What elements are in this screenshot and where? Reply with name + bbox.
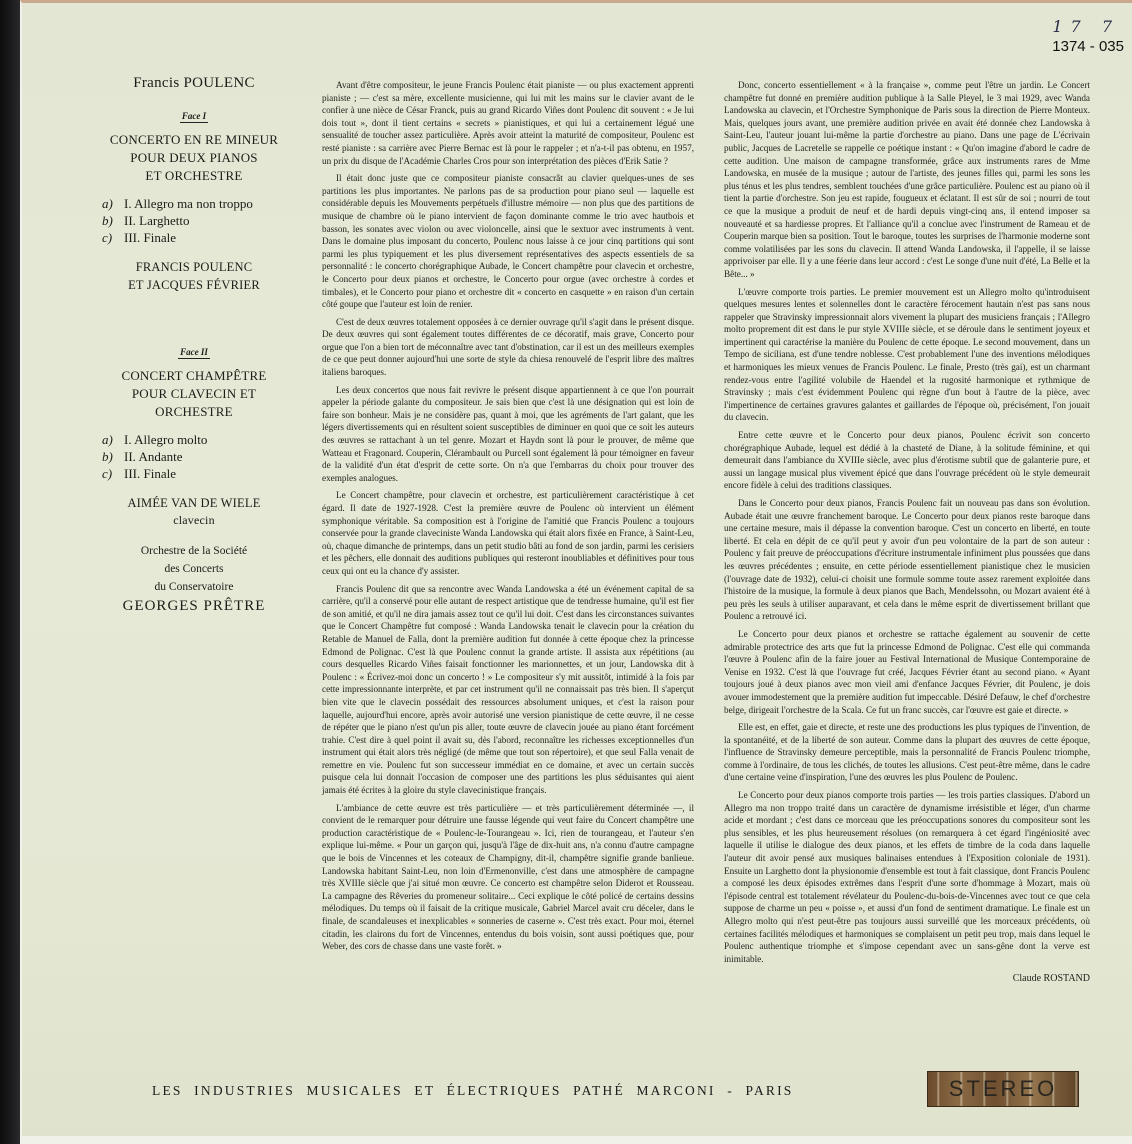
essay-paragraph: L'œuvre comporte trois parties. Le premi… xyxy=(724,286,1090,425)
author-signature: Claude ROSTAND xyxy=(724,973,1090,986)
movement-title: III. Finale xyxy=(124,465,176,482)
essay-paragraph: C'est de deux œuvres totalement opposées… xyxy=(322,316,694,379)
essay-paragraph: Entre cette œuvre et le Concerto pour de… xyxy=(724,429,1090,492)
movement-letter: a) xyxy=(94,195,124,212)
work-title-line: POUR CLAVECIN ET xyxy=(94,385,294,403)
face-1-performers: FRANCIS POULENC ET JACQUES FÉVRIER xyxy=(94,258,294,294)
movement-title: II. Andante xyxy=(124,448,182,465)
record-sleeve-back: 17 7 1374 - 035 Francis POULENC Face I C… xyxy=(20,0,1132,1144)
soloist-name: AIMÉE VAN DE WIELE xyxy=(94,494,294,512)
orchestra-line: du Conservatoire xyxy=(94,578,294,596)
movement-letter: b) xyxy=(94,212,124,229)
handwritten-note: 17 7 xyxy=(1036,17,1120,36)
work-title-line: CONCERT CHAMPÊTRE xyxy=(94,367,294,385)
composer-name: Francis POULENC xyxy=(94,75,294,92)
stereo-label: STEREO xyxy=(949,1076,1057,1102)
essay-paragraph: Donc, concerto essentiellement « à la fr… xyxy=(724,79,1090,281)
essay-paragraph: Le Concerto pour deux pianos comporte tr… xyxy=(724,789,1090,965)
movement-title: III. Finale xyxy=(124,229,176,246)
essay-column-1: Avant d'être compositeur, le jeune Franc… xyxy=(322,79,694,958)
movement-title: II. Larghetto xyxy=(124,212,189,229)
orchestra-name: Orchestre de la Société des Concerts du … xyxy=(94,542,294,596)
face-1-work-title: CONCERTO EN RE MINEUR POUR DEUX PIANOS E… xyxy=(94,131,294,185)
essay-paragraph: Francis Poulenc dit que sa rencontre ave… xyxy=(322,583,694,797)
face-2-movements: a)I. Allegro molto b)II. Andante c)III. … xyxy=(94,431,294,482)
conductor-name: GEORGES PRÊTRE xyxy=(94,596,294,616)
orchestra-line: des Concerts xyxy=(94,560,294,578)
movement-letter: b) xyxy=(94,448,124,465)
stereo-badge: STEREO xyxy=(927,1071,1079,1107)
work-title-line: POUR DEUX PIANOS xyxy=(94,149,294,167)
movement-title: I. Allegro ma non troppo xyxy=(124,195,253,212)
face-1-movements: a)I. Allegro ma non troppo b)II. Larghet… xyxy=(94,195,294,246)
face-2-label: Face II xyxy=(178,347,210,359)
performer-line: FRANCIS POULENC xyxy=(94,258,294,276)
essay-paragraph: Elle est, en effet, gaie et directe, et … xyxy=(724,721,1090,784)
essay-paragraph: Dans le Concerto pour deux pianos, Franc… xyxy=(724,497,1090,623)
movement-title: I. Allegro molto xyxy=(124,431,207,448)
work-title-line: ORCHESTRE xyxy=(94,403,294,421)
movement-letter: a) xyxy=(94,431,124,448)
soloist: AIMÉE VAN DE WIELE clavecin xyxy=(94,494,294,528)
catalog-marking: 17 7 1374 - 035 xyxy=(1036,17,1124,55)
essay-paragraph: L'ambiance de cette œuvre est très parti… xyxy=(322,802,694,953)
work-title-line: CONCERTO EN RE MINEUR xyxy=(94,131,294,149)
movement-item: a)I. Allegro molto xyxy=(94,431,294,448)
essay-paragraph: Le Concert champêtre, pour clavecin et o… xyxy=(322,489,694,577)
essay-paragraph: Les deux concertos que nous fait revivre… xyxy=(322,384,694,485)
movement-letter: c) xyxy=(94,465,124,482)
movement-letter: c) xyxy=(94,229,124,246)
movement-item: c)III. Finale xyxy=(94,229,294,246)
track-credits: Francis POULENC Face I CONCERTO EN RE MI… xyxy=(94,75,294,616)
catalog-number: 1374 - 035 xyxy=(1036,38,1124,55)
essay-paragraph: Le Concerto pour deux pianos et orchestr… xyxy=(724,628,1090,716)
movement-item: c)III. Finale xyxy=(94,465,294,482)
face-2-work-title: CONCERT CHAMPÊTRE POUR CLAVECIN ET ORCHE… xyxy=(94,367,294,421)
orchestra-line: Orchestre de la Société xyxy=(94,542,294,560)
publisher-line: LES INDUSTRIES MUSICALES ET ÉLECTRIQUES … xyxy=(152,1083,794,1099)
movement-item: a)I. Allegro ma non troppo xyxy=(94,195,294,212)
essay-column-2: Donc, concerto essentiellement « à la fr… xyxy=(724,79,1090,986)
soloist-instrument: clavecin xyxy=(94,512,294,528)
record-sleeve-spine xyxy=(0,0,20,1144)
movement-item: b)II. Andante xyxy=(94,448,294,465)
work-title-line: ET ORCHESTRE xyxy=(94,167,294,185)
essay-paragraph: Il était donc juste que ce compositeur p… xyxy=(322,172,694,311)
performer-line: ET JACQUES FÉVRIER xyxy=(94,276,294,294)
movement-item: b)II. Larghetto xyxy=(94,212,294,229)
essay-paragraph: Avant d'être compositeur, le jeune Franc… xyxy=(322,79,694,167)
face-1-label: Face I xyxy=(180,111,208,123)
